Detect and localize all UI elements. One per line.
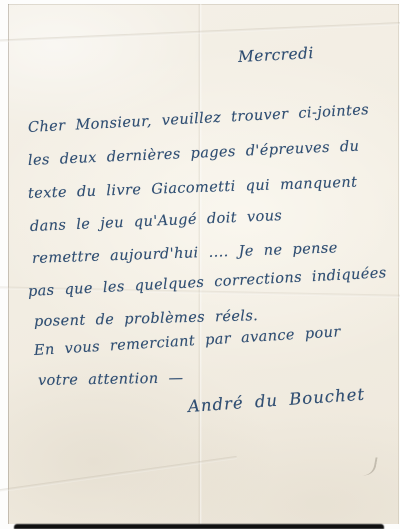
scan-edge-shadow bbox=[14, 524, 384, 529]
wrinkle-mark bbox=[358, 455, 377, 477]
bottom-left-crease bbox=[0, 456, 237, 495]
letter-body-line: votre attention — bbox=[38, 370, 184, 389]
vertical-fold-crease bbox=[198, 4, 202, 524]
letter-scan: Mercredi Cher Monsieur, veuillez trouver… bbox=[0, 0, 400, 529]
top-crease bbox=[0, 20, 400, 42]
